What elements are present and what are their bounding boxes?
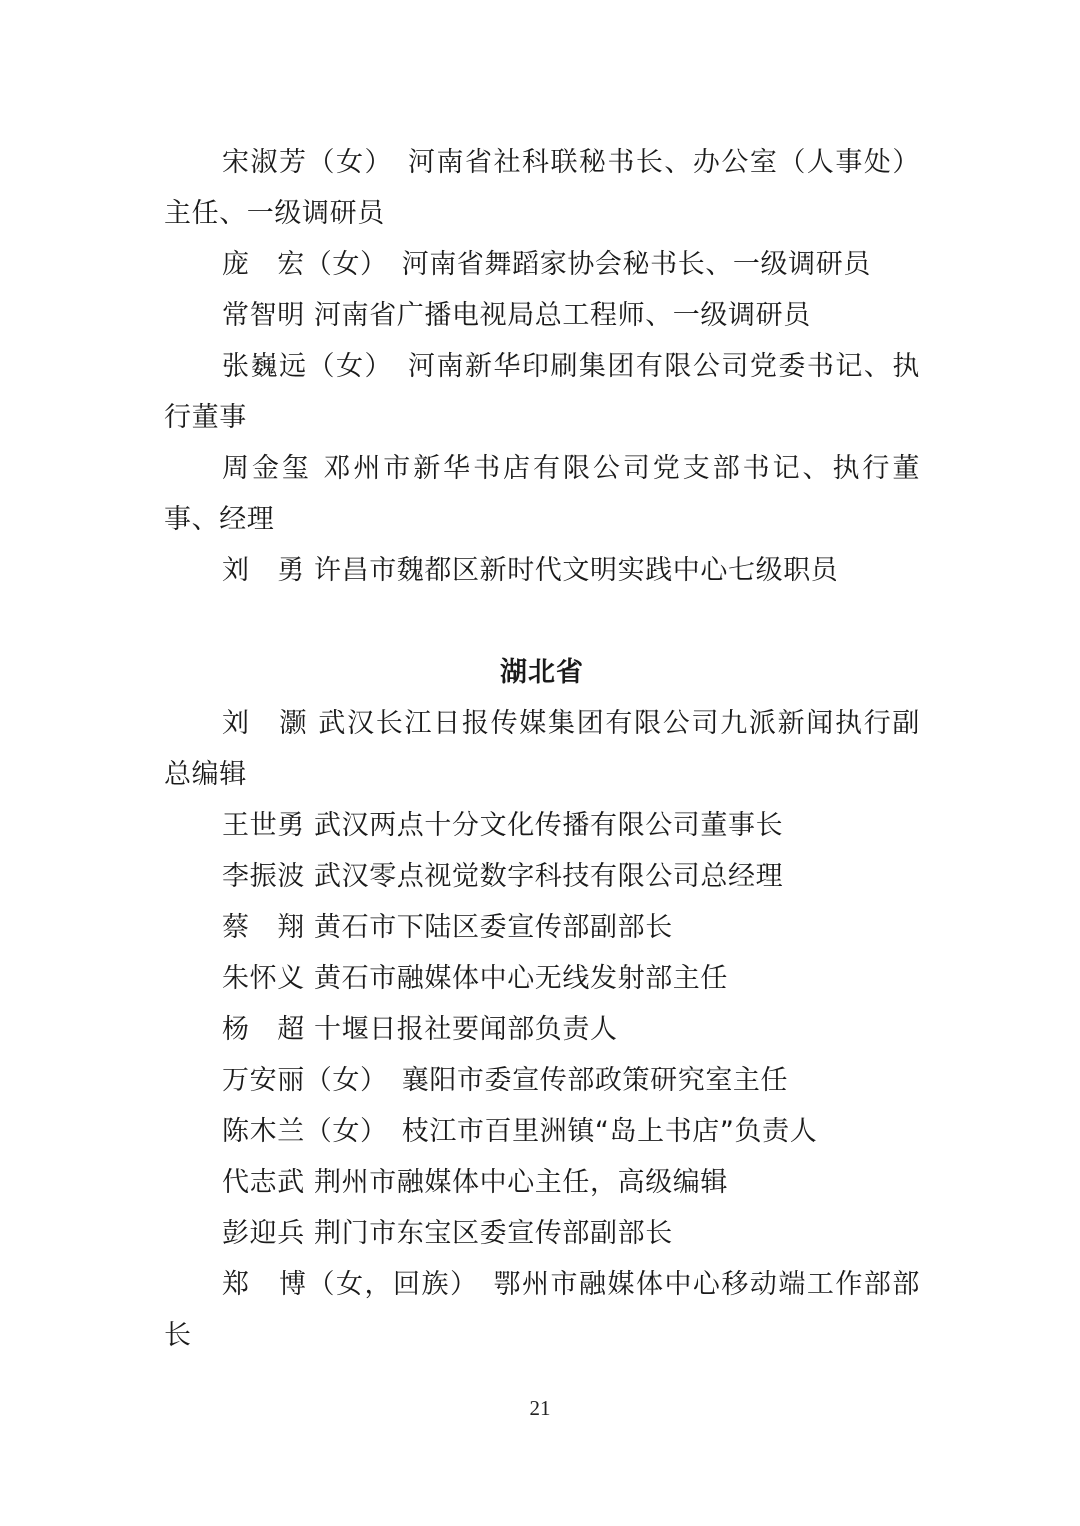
list-entry: 万安丽（女） 襄阳市委宣传部政策研究室主任 [164, 1055, 920, 1106]
entry-name: 刘 勇 [222, 555, 305, 586]
entry-description: 河南省舞蹈家协会秘书长、一级调研员 [402, 249, 871, 280]
entry-description: 黄石市融媒体中心无线发射部主任 [314, 963, 728, 994]
entry-name: 常智明 [222, 300, 305, 331]
entry-description: 许昌市魏都区新时代文明实践中心七级职员 [314, 555, 838, 586]
entry-description: 武汉两点十分文化传播有限公司董事长 [314, 810, 783, 841]
list-entry: 彭迎兵 荆门市东宝区委宣传部副部长 [164, 1208, 920, 1259]
list-entry: 庞 宏（女） 河南省舞蹈家协会秘书长、一级调研员 [164, 239, 920, 290]
entry-name: 杨 超 [222, 1014, 305, 1045]
list-entry: 张巍远（女） 河南新华印刷集团有限公司党委书记、执行董事 [164, 341, 920, 443]
section-henan-continued: 宋淑芳（女） 河南省社科联秘书长、办公室（人事处）主任、一级调研员 庞 宏（女）… [164, 137, 920, 596]
list-entry: 王世勇 武汉两点十分文化传播有限公司董事长 [164, 800, 920, 851]
section-heading: 湖北省 [164, 647, 920, 698]
list-entry: 刘 灏 武汉长江日报传媒集团有限公司九派新闻执行副总编辑 [164, 698, 920, 800]
entry-name: 刘 灏 [222, 708, 308, 739]
list-entry: 刘 勇 许昌市魏都区新时代文明实践中心七级职员 [164, 545, 920, 596]
entry-description: 枝江市百里洲镇“岛上书店”负责人 [402, 1116, 818, 1147]
entry-name: 王世勇 [222, 810, 305, 841]
list-entry: 宋淑芳（女） 河南省社科联秘书长、办公室（人事处）主任、一级调研员 [164, 137, 920, 239]
list-entry: 朱怀义 黄石市融媒体中心无线发射部主任 [164, 953, 920, 1004]
entry-name: 代志武 [222, 1167, 305, 1198]
page-number: 21 [0, 1396, 1080, 1421]
entry-name: 宋淑芳（女） [222, 147, 379, 178]
entry-name: 周金玺 [222, 453, 312, 484]
list-entry: 李振波 武汉零点视觉数字科技有限公司总经理 [164, 851, 920, 902]
list-entry: 陈木兰（女） 枝江市百里洲镇“岛上书店”负责人 [164, 1106, 920, 1157]
entry-name: 蔡 翔 [222, 912, 305, 943]
entry-description: 十堰日报社要闻部负责人 [314, 1014, 618, 1045]
entry-description: 荆州市融媒体中心主任，高级编辑 [314, 1167, 728, 1198]
entry-description: 武汉零点视觉数字科技有限公司总经理 [314, 861, 783, 892]
list-entry: 代志武 荆州市融媒体中心主任，高级编辑 [164, 1157, 920, 1208]
list-entry: 周金玺 邓州市新华书店有限公司党支部书记、执行董事、经理 [164, 443, 920, 545]
list-entry: 郑 博（女，回族） 鄂州市融媒体中心移动端工作部部长 [164, 1259, 920, 1361]
document-page: 宋淑芳（女） 河南省社科联秘书长、办公室（人事处）主任、一级调研员 庞 宏（女）… [164, 137, 920, 1361]
entry-description: 河南省广播电视局总工程师、一级调研员 [314, 300, 811, 331]
entry-name: 朱怀义 [222, 963, 305, 994]
entry-name: 郑 博（女，回族） [222, 1269, 465, 1300]
entry-name: 陈木兰（女） [222, 1116, 374, 1147]
entry-name: 张巍远（女） [222, 351, 379, 382]
entry-description: 黄石市下陆区委宣传部副部长 [314, 912, 673, 943]
entry-name: 万安丽（女） [222, 1065, 374, 1096]
list-entry: 杨 超 十堰日报社要闻部负责人 [164, 1004, 920, 1055]
entry-name: 庞 宏（女） [222, 249, 374, 280]
entry-name: 彭迎兵 [222, 1218, 305, 1249]
list-entry: 常智明 河南省广播电视局总工程师、一级调研员 [164, 290, 920, 341]
section-spacer [164, 596, 920, 647]
entry-description: 荆门市东宝区委宣传部副部长 [314, 1218, 673, 1249]
entry-description: 襄阳市委宣传部政策研究室主任 [402, 1065, 788, 1096]
list-entry: 蔡 翔 黄石市下陆区委宣传部副部长 [164, 902, 920, 953]
entry-name: 李振波 [222, 861, 305, 892]
section-hubei: 湖北省 刘 灏 武汉长江日报传媒集团有限公司九派新闻执行副总编辑 王世勇 武汉两… [164, 647, 920, 1361]
